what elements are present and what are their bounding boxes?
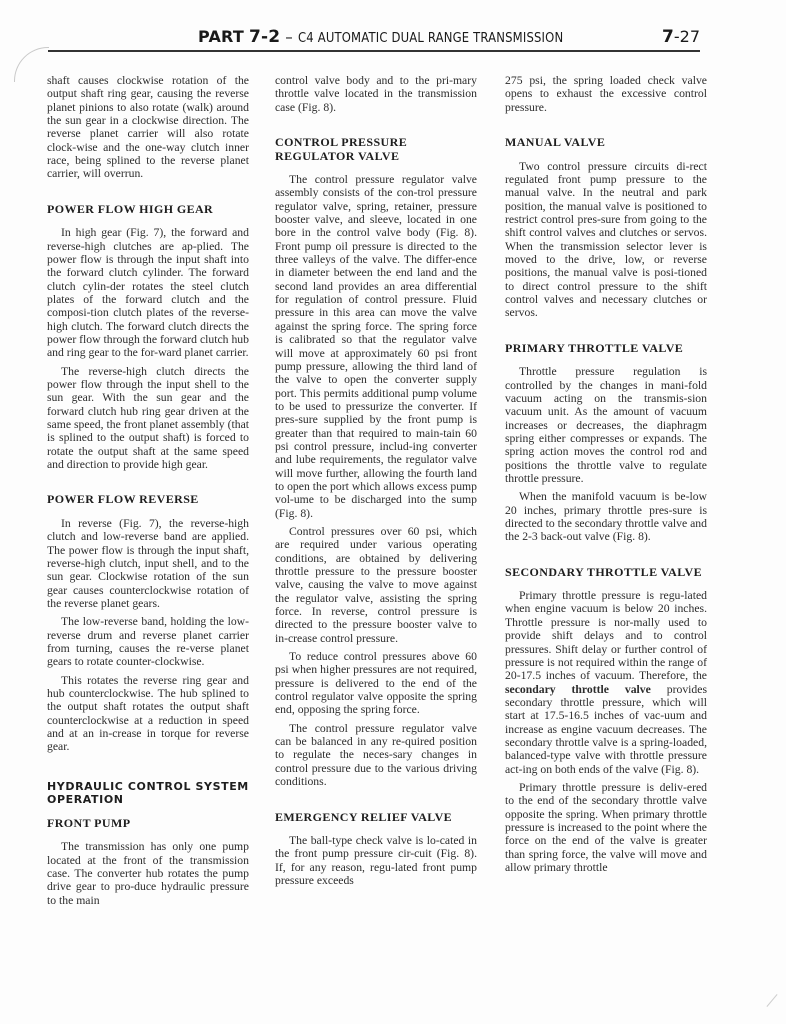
section-heading: POWER FLOW REVERSE [47,493,249,507]
body-paragraph: This rotates the reverse ring gear and h… [47,674,249,754]
body-paragraph: Two control pressure circuits di-rect re… [505,160,707,320]
header-subtitle: C4 AUTOMATIC DUAL RANGE TRANSMISSION [298,30,563,46]
page-corner-curl [14,47,49,82]
section-heading: FRONT PUMP [47,817,249,831]
manual-page: PART 7-2 – C4 AUTOMATIC DUAL RANGE TRANS… [0,0,786,1024]
emphasized-term: secondary throttle valve [505,683,651,696]
text-column-middle: control valve body and to the pri-mary t… [275,74,477,887]
body-paragraph: Throttle pressure regulation is controll… [505,365,707,485]
body-paragraph: The control pressure regulator valve can… [275,722,477,789]
text-column-left: shaft causes clockwise rotation of the o… [47,74,249,907]
body-paragraph: Control pressures over 60 psi, which are… [275,525,477,645]
section-heading: CONTROL PRESSURE REGULATOR VALVE [275,136,477,163]
section-heading: PRIMARY THROTTLE VALVE [505,342,707,356]
body-paragraph: shaft causes clockwise rotation of the o… [47,74,249,181]
body-paragraph: Primary throttle pressure is regu-lated … [505,589,707,776]
header-separator: – [280,28,298,46]
section-heading: MANUAL VALVE [505,136,707,150]
body-paragraph: When the manifold vacuum is be-low 20 in… [505,490,707,543]
body-paragraph: The control pressure regulator valve ass… [275,173,477,520]
section-heading: POWER FLOW HIGH GEAR [47,203,249,217]
body-paragraph: The transmission has only one pump locat… [47,840,249,907]
text-column-right: 275 psi, the spring loaded check valve o… [505,74,707,874]
body-paragraph: In high gear (Fig. 7), the forward and r… [47,226,249,359]
body-paragraph: The ball-type check valve is lo-cated in… [275,834,477,887]
page-number: 7-27 [662,27,700,47]
body-paragraph: control valve body and to the pri-mary t… [275,74,477,114]
section-heading: HYDRAULIC CONTROL SYSTEM OPERATION [47,780,249,806]
page-corner-curl [766,994,777,1007]
header-part-label: PART [198,27,244,46]
body-paragraph: Primary throttle pressure is deliv-ered … [505,781,707,874]
body-paragraph: The reverse-high clutch directs the powe… [47,365,249,472]
body-paragraph: 275 psi, the spring loaded check valve o… [505,74,707,114]
section-heading: EMERGENCY RELIEF VALVE [275,811,477,825]
header-title: PART 7-2 – C4 AUTOMATIC DUAL RANGE TRANS… [198,27,606,47]
body-paragraph: The low-reverse band, holding the low-re… [47,615,249,668]
body-paragraph: In reverse (Fig. 7), the reverse-high cl… [47,517,249,610]
header-part-number: 7-2 [249,27,280,47]
header-rule [48,50,700,52]
body-paragraph: To reduce control pressures above 60 psi… [275,650,477,717]
section-heading: SECONDARY THROTTLE VALVE [505,566,707,580]
